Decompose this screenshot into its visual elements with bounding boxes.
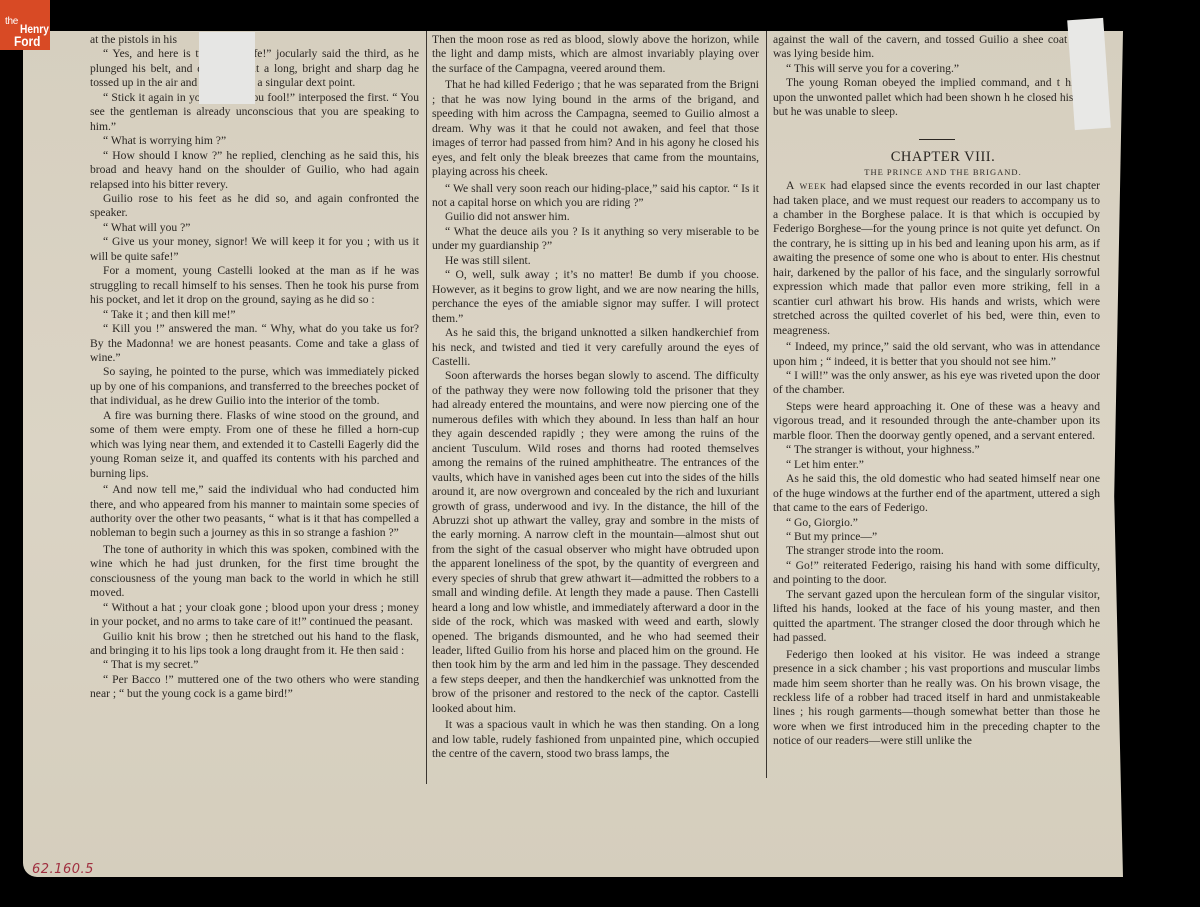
paragraph: “ How should I know ?” he replied, clenc… [90,149,419,192]
paragraph: “ We shall very soon reach our hiding-pl… [432,182,759,211]
paragraph: “ Let him enter.” [773,458,1100,472]
paragraph: “ What the deuce ails you ? Is it anythi… [432,225,759,254]
chapter-subtitle: THE PRINCE AND THE BRIGAND. [773,165,1100,179]
drop-lead: A week [786,179,827,192]
paragraph: As he said this, the old domestic who ha… [773,472,1100,515]
text-column-3: against the wall of the cavern, and toss… [773,33,1100,749]
paragraph: “ Take it ; and then kill me!” [90,308,419,322]
paragraph: Steps were heard approaching it. One of … [773,400,1100,443]
accession-number: 62.160.5 [32,862,94,877]
paragraph: He was still silent. [432,254,759,268]
paragraph: “ Per Bacco !” muttered one of the two o… [90,673,419,702]
paragraph: The servant gazed upon the herculean for… [773,588,1100,646]
paragraph: So saying, he pointed to the purse, whic… [90,365,419,408]
paragraph: A week had elapsed since the events reco… [773,179,1100,338]
tape-strip [199,32,255,104]
paragraph: Guilio did not answer him. [432,210,759,224]
paragraph: Guilio rose to his feet as he did so, an… [90,192,419,221]
paragraph: The stranger strode into the room. [773,544,1100,558]
column-divider [766,31,767,778]
henry-ford-logo: the Henry Ford [0,0,50,50]
paragraph: A fire was burning there. Flasks of wine… [90,409,419,481]
paragraph: “ O, well, sulk away ; it’s no matter! B… [432,268,759,326]
paragraph: against the wall of the cavern, and toss… [773,33,1100,62]
paragraph: “ What is worrying him ?” [90,134,419,148]
paragraph: “ Give us your money, signor! We will ke… [90,235,419,264]
column-divider [426,31,427,784]
paragraph: That he had killed Federigo ; that he wa… [432,78,759,179]
paragraph: The tone of authority in which this was … [90,543,419,601]
paragraph: “ This will serve you for a covering.” [773,62,1100,76]
paragraph: “ That is my secret.” [90,658,419,672]
paragraph: Soon afterwards the horses began slowly … [432,369,759,716]
paragraph: Guilio knit his brow ; then he stretched… [90,630,419,659]
paragraph: Then the moon rose as red as blood, slow… [432,33,759,76]
paragraph: “ I will!” was the only answer, as his e… [773,369,1100,398]
paragraph: As he said this, the brigand unknotted a… [432,326,759,369]
logo-the: the [5,17,18,27]
paragraph: “ Indeed, my prince,” said the old serva… [773,340,1100,369]
paragraph: “ The stranger is without, your highness… [773,443,1100,457]
paragraph: “ Go!” reiterated Federigo, raising his … [773,559,1100,588]
paragraph: “ But my prince—” [773,530,1100,544]
paragraph: “ Without a hat ; your cloak gone ; bloo… [90,601,419,630]
paragraph: “ What will you ?” [90,221,419,235]
paragraph: “ And now tell me,” said the individual … [90,483,419,541]
paragraph: Federigo then looked at his visitor. He … [773,648,1100,749]
chapter-title: CHAPTER VIII. [773,150,1100,164]
tape-strip [1067,18,1111,130]
paragraph: “ Kill you !” answered the man. “ Why, w… [90,322,419,365]
paragraph: For a moment, young Castelli looked at t… [90,264,419,307]
paragraph: It was a spacious vault in which he was … [432,718,759,761]
paragraph-text: had elapsed since the events recorded in… [773,179,1100,337]
text-column-2: Then the moon rose as red as blood, slow… [432,33,759,762]
text-column-1: at the pistols in his “ Yes, and here is… [90,33,419,702]
logo-ford: Ford [14,34,40,48]
section-rule [919,139,955,141]
paragraph: The young Roman obeyed the implied comma… [773,76,1100,119]
paragraph: “ Go, Giorgio.” [773,516,1100,530]
